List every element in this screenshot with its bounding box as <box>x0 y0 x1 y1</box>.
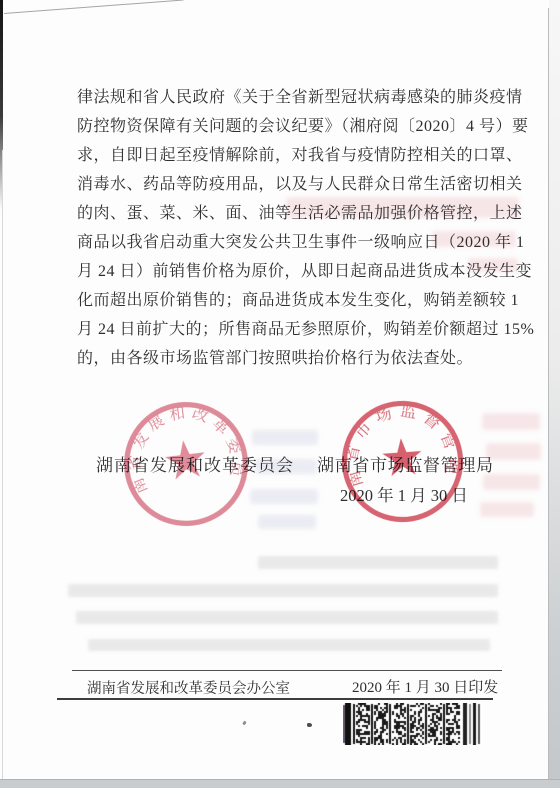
scan-speck <box>307 723 312 727</box>
footer-issuing-office: 湖南省发展和改革委员会办公室 <box>87 677 269 698</box>
body-line: 的肉、蛋、菜、米、面、油等生活必需品加强价格管控，上述 <box>77 199 485 228</box>
body-line: 消毒水、药品等防疫用品，以及与人民群众日常生活密切相关 <box>77 170 485 199</box>
ink-bleedthrough <box>258 556 498 569</box>
seal-arc-text-right: 湖南省市场监督管理局 <box>332 392 465 492</box>
ink-bleedthrough <box>486 443 541 460</box>
page-edge-left-faint <box>2 150 3 788</box>
ink-bleedthrough <box>68 584 498 597</box>
ink-bleedthrough <box>480 502 534 517</box>
svg-text:湖南省市场监督管理局: 湖南省市场监督管理局 <box>332 392 465 492</box>
footer-rule-bottom <box>57 698 493 700</box>
footer-print-date: 2020 年 1 月 30 日印发 <box>352 676 490 697</box>
page-edge-bottom-shadow <box>0 779 560 788</box>
body-line: 化而超出原价销售的；商品进货成本发生变化，购销差额较 1 <box>77 286 485 315</box>
ink-bleedthrough <box>482 413 540 430</box>
ink-bleedthrough <box>88 639 490 651</box>
body-line: 月 24 日）前销售价格为原价，从即日起商品进货成本没发生变 <box>77 257 485 286</box>
ink-bleedthrough <box>483 474 540 490</box>
page-edge-top <box>4 0 184 14</box>
scan-speck <box>242 721 247 726</box>
document-barcode <box>343 703 482 745</box>
page-edge-right-shadow <box>549 0 560 788</box>
document-body-text: 律法规和省人民政府《关于全省新型冠状病毒感染的肺炎疫情 防控物资保障有关问题的会… <box>77 83 485 373</box>
body-line: 商品以我省启动重大突发公共卫生事件一级响应日（2020 年 1 <box>77 228 485 257</box>
official-seal-left: 湖南省发展和改革委员会 <box>111 387 261 540</box>
body-line: 的，由各级市场监管部门按照哄抬价格行为依法查处。 <box>77 344 485 373</box>
ink-bleedthrough <box>252 430 318 445</box>
ink-bleedthrough <box>76 611 498 624</box>
seal-star-icon <box>163 438 207 481</box>
scanned-document-page: 律法规和省人民政府《关于全省新型冠状病毒感染的肺炎疫情 防控物资保障有关问题的会… <box>0 0 560 788</box>
official-seal-right: 湖南省市场监督管理局 <box>332 392 474 532</box>
body-line: 求，自即日起至疫情解除前，对我省与疫情防控相关的口罩、 <box>77 141 485 170</box>
ink-bleedthrough <box>258 515 316 529</box>
footer-rule-top <box>72 670 502 671</box>
body-line: 律法规和省人民政府《关于全省新型冠状病毒感染的肺炎疫情 <box>77 83 485 112</box>
body-line: 月 24 日前扩大的；所售商品无参照原价，购销差价额超过 15% <box>77 315 485 344</box>
body-line: 防控物资保障有关问题的会议纪要》（湘府阅〔2020〕4 号）要 <box>77 112 485 141</box>
seal-star-icon <box>381 437 423 477</box>
ink-bleedthrough <box>250 489 318 504</box>
